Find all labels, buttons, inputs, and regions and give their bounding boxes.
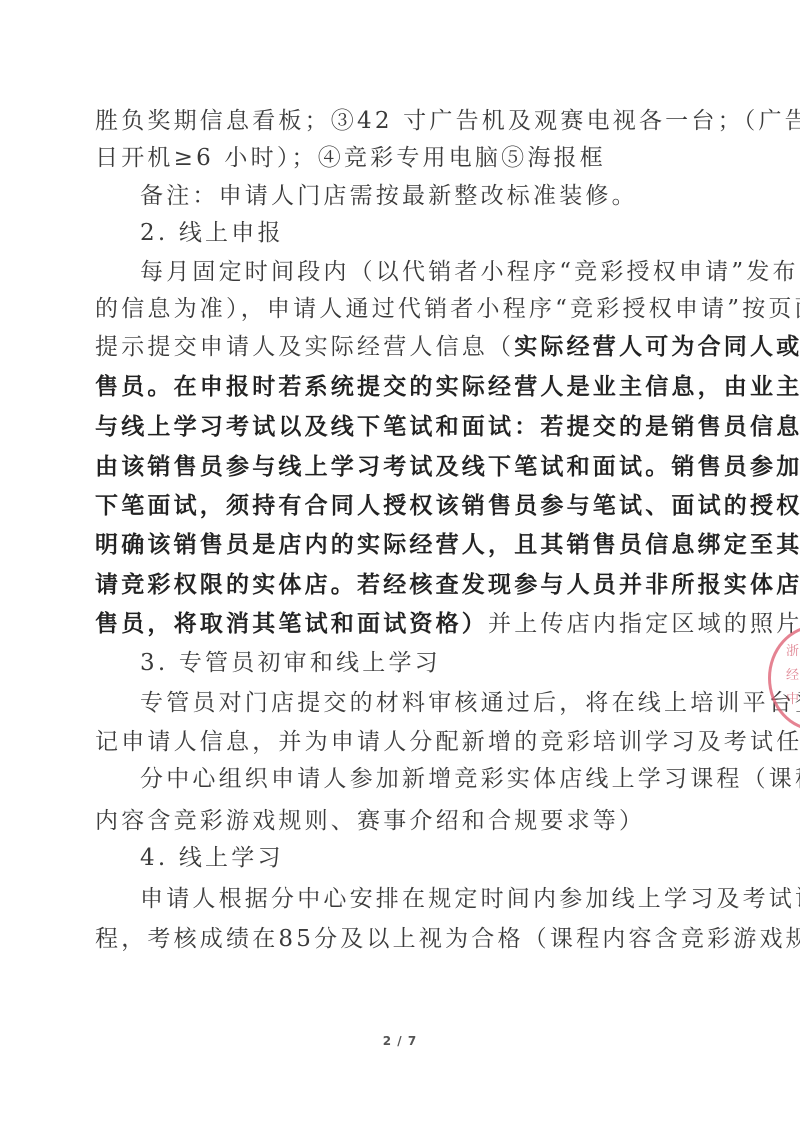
text-segment: 内容含竞彩游戏规则、赛事介绍和合规要求等）	[95, 808, 645, 834]
text-segment: 提示提交申请人及实际经营人信息（	[95, 334, 514, 360]
text-line: 程，考核成绩在85分及以上视为合格（课程内容含竞彩游戏规则、	[95, 925, 720, 953]
text-segment: 日开机≥6 小时）；④竞彩专用电脑⑤海报框	[95, 145, 606, 171]
note-line: 备注：申请人门店需按最新整改标准装修。	[140, 182, 720, 210]
stamp-text: 浙 经 中	[786, 640, 800, 712]
text-line: 下笔面试，须持有合同人授权该销售员参与笔试、面试的授权书，	[95, 492, 720, 520]
text-line: 与线上学习考试以及线下笔试和面试：若提交的是销售员信息，则	[95, 413, 720, 441]
bold-text-segment: 请竞彩权限的实体店。若经核查发现参与人员并非所报实体店销	[95, 571, 800, 598]
text-line: 胜负奖期信息看板；③42 寸广告机及观赛电视各一台；（广告机每	[95, 107, 720, 135]
text-line: 由该销售员参与线上学习考试及线下笔试和面试。销售员参加线	[95, 453, 720, 481]
stamp-char: 经	[786, 664, 800, 688]
bold-text-segment: 下笔面试，须持有合同人授权该销售员参与笔试、面试的授权书，	[95, 492, 800, 519]
section-heading: 3. 专管员初审和线上学习	[140, 649, 720, 677]
text-segment: 的信息为准），申请人通过代销者小程序“竞彩授权申请”按页面	[95, 296, 800, 322]
heading-text: 2. 线上申报	[140, 220, 284, 246]
text-line: 日开机≥6 小时）；④竞彩专用电脑⑤海报框	[95, 144, 720, 172]
text-line: 专管员对门店提交的材料审核通过后，将在线上培训平台登	[140, 689, 720, 717]
text-line: 申请人根据分中心安排在规定时间内参加线上学习及考试课	[140, 885, 720, 913]
bold-text-segment: 售员，将取消其笔试和面试资格）	[95, 610, 488, 637]
text-line: 的信息为准），申请人通过代销者小程序“竞彩授权申请”按页面	[95, 295, 720, 323]
bold-text-segment: 与线上学习考试以及线下笔试和面试：若提交的是销售员信息，则	[95, 413, 800, 440]
text-segment: 每月固定时间段内（以代销者小程序“竞彩授权申请”发布	[140, 259, 799, 285]
text-segment: 记申请人信息，并为申请人分配新增的竞彩培训学习及考试任务。	[95, 729, 800, 755]
text-segment: 程，考核成绩在85分及以上视为合格（课程内容含竞彩游戏规则、	[95, 926, 800, 952]
text-segment: 分中心组织申请人参加新增竞彩实体店线上学习课程（课程	[140, 766, 800, 792]
text-segment: 并上传店内指定区域的照片。	[488, 611, 800, 637]
document-page: 胜负奖期信息看板；③42 寸广告机及观赛电视各一台；（广告机每 日开机≥6 小时…	[0, 0, 800, 1141]
text-line: 提示提交申请人及实际经营人信息（实际经营人可为合同人或销	[95, 333, 720, 361]
text-line: 内容含竞彩游戏规则、赛事介绍和合规要求等）	[95, 807, 720, 835]
text-line: 分中心组织申请人参加新增竞彩实体店线上学习课程（课程	[140, 765, 720, 793]
text-line: 请竞彩权限的实体店。若经核查发现参与人员并非所报实体店销	[95, 571, 720, 599]
text-line: 售员，将取消其笔试和面试资格）并上传店内指定区域的照片。	[95, 610, 720, 638]
text-line: 售员。在申报时若系统提交的实际经营人是业主信息，由业主参	[95, 373, 720, 401]
text-line: 每月固定时间段内（以代销者小程序“竞彩授权申请”发布	[140, 258, 720, 286]
stamp-char: 浙	[786, 640, 800, 664]
text-segment: 胜负奖期信息看板；③42 寸广告机及观赛电视各一台；（广告机每	[95, 108, 800, 134]
heading-text: 4. 线上学习	[140, 845, 284, 871]
text-segment: 备注：申请人门店需按最新整改标准装修。	[140, 183, 638, 209]
section-heading: 4. 线上学习	[140, 844, 720, 872]
bold-text-segment: 由该销售员参与线上学习考试及线下笔试和面试。销售员参加线	[95, 453, 800, 480]
bold-text-segment: 售员。在申报时若系统提交的实际经营人是业主信息，由业主参	[95, 373, 800, 400]
text-line: 明确该销售员是店内的实际经营人，且其销售员信息绑定至其申	[95, 531, 720, 559]
stamp-char: 中	[786, 688, 800, 712]
section-heading: 2. 线上申报	[140, 219, 720, 247]
bold-text-segment: 明确该销售员是店内的实际经营人，且其销售员信息绑定至其申	[95, 531, 800, 558]
heading-text: 3. 专管员初审和线上学习	[140, 650, 441, 676]
bold-text-segment: 实际经营人可为合同人或销	[514, 333, 800, 360]
page-number: 2 / 7	[0, 1034, 800, 1048]
text-line: 记申请人信息，并为申请人分配新增的竞彩培训学习及考试任务。	[95, 728, 720, 756]
text-segment: 专管员对门店提交的材料审核通过后，将在线上培训平台登	[140, 690, 800, 716]
text-segment: 申请人根据分中心安排在规定时间内参加线上学习及考试课	[140, 886, 800, 912]
